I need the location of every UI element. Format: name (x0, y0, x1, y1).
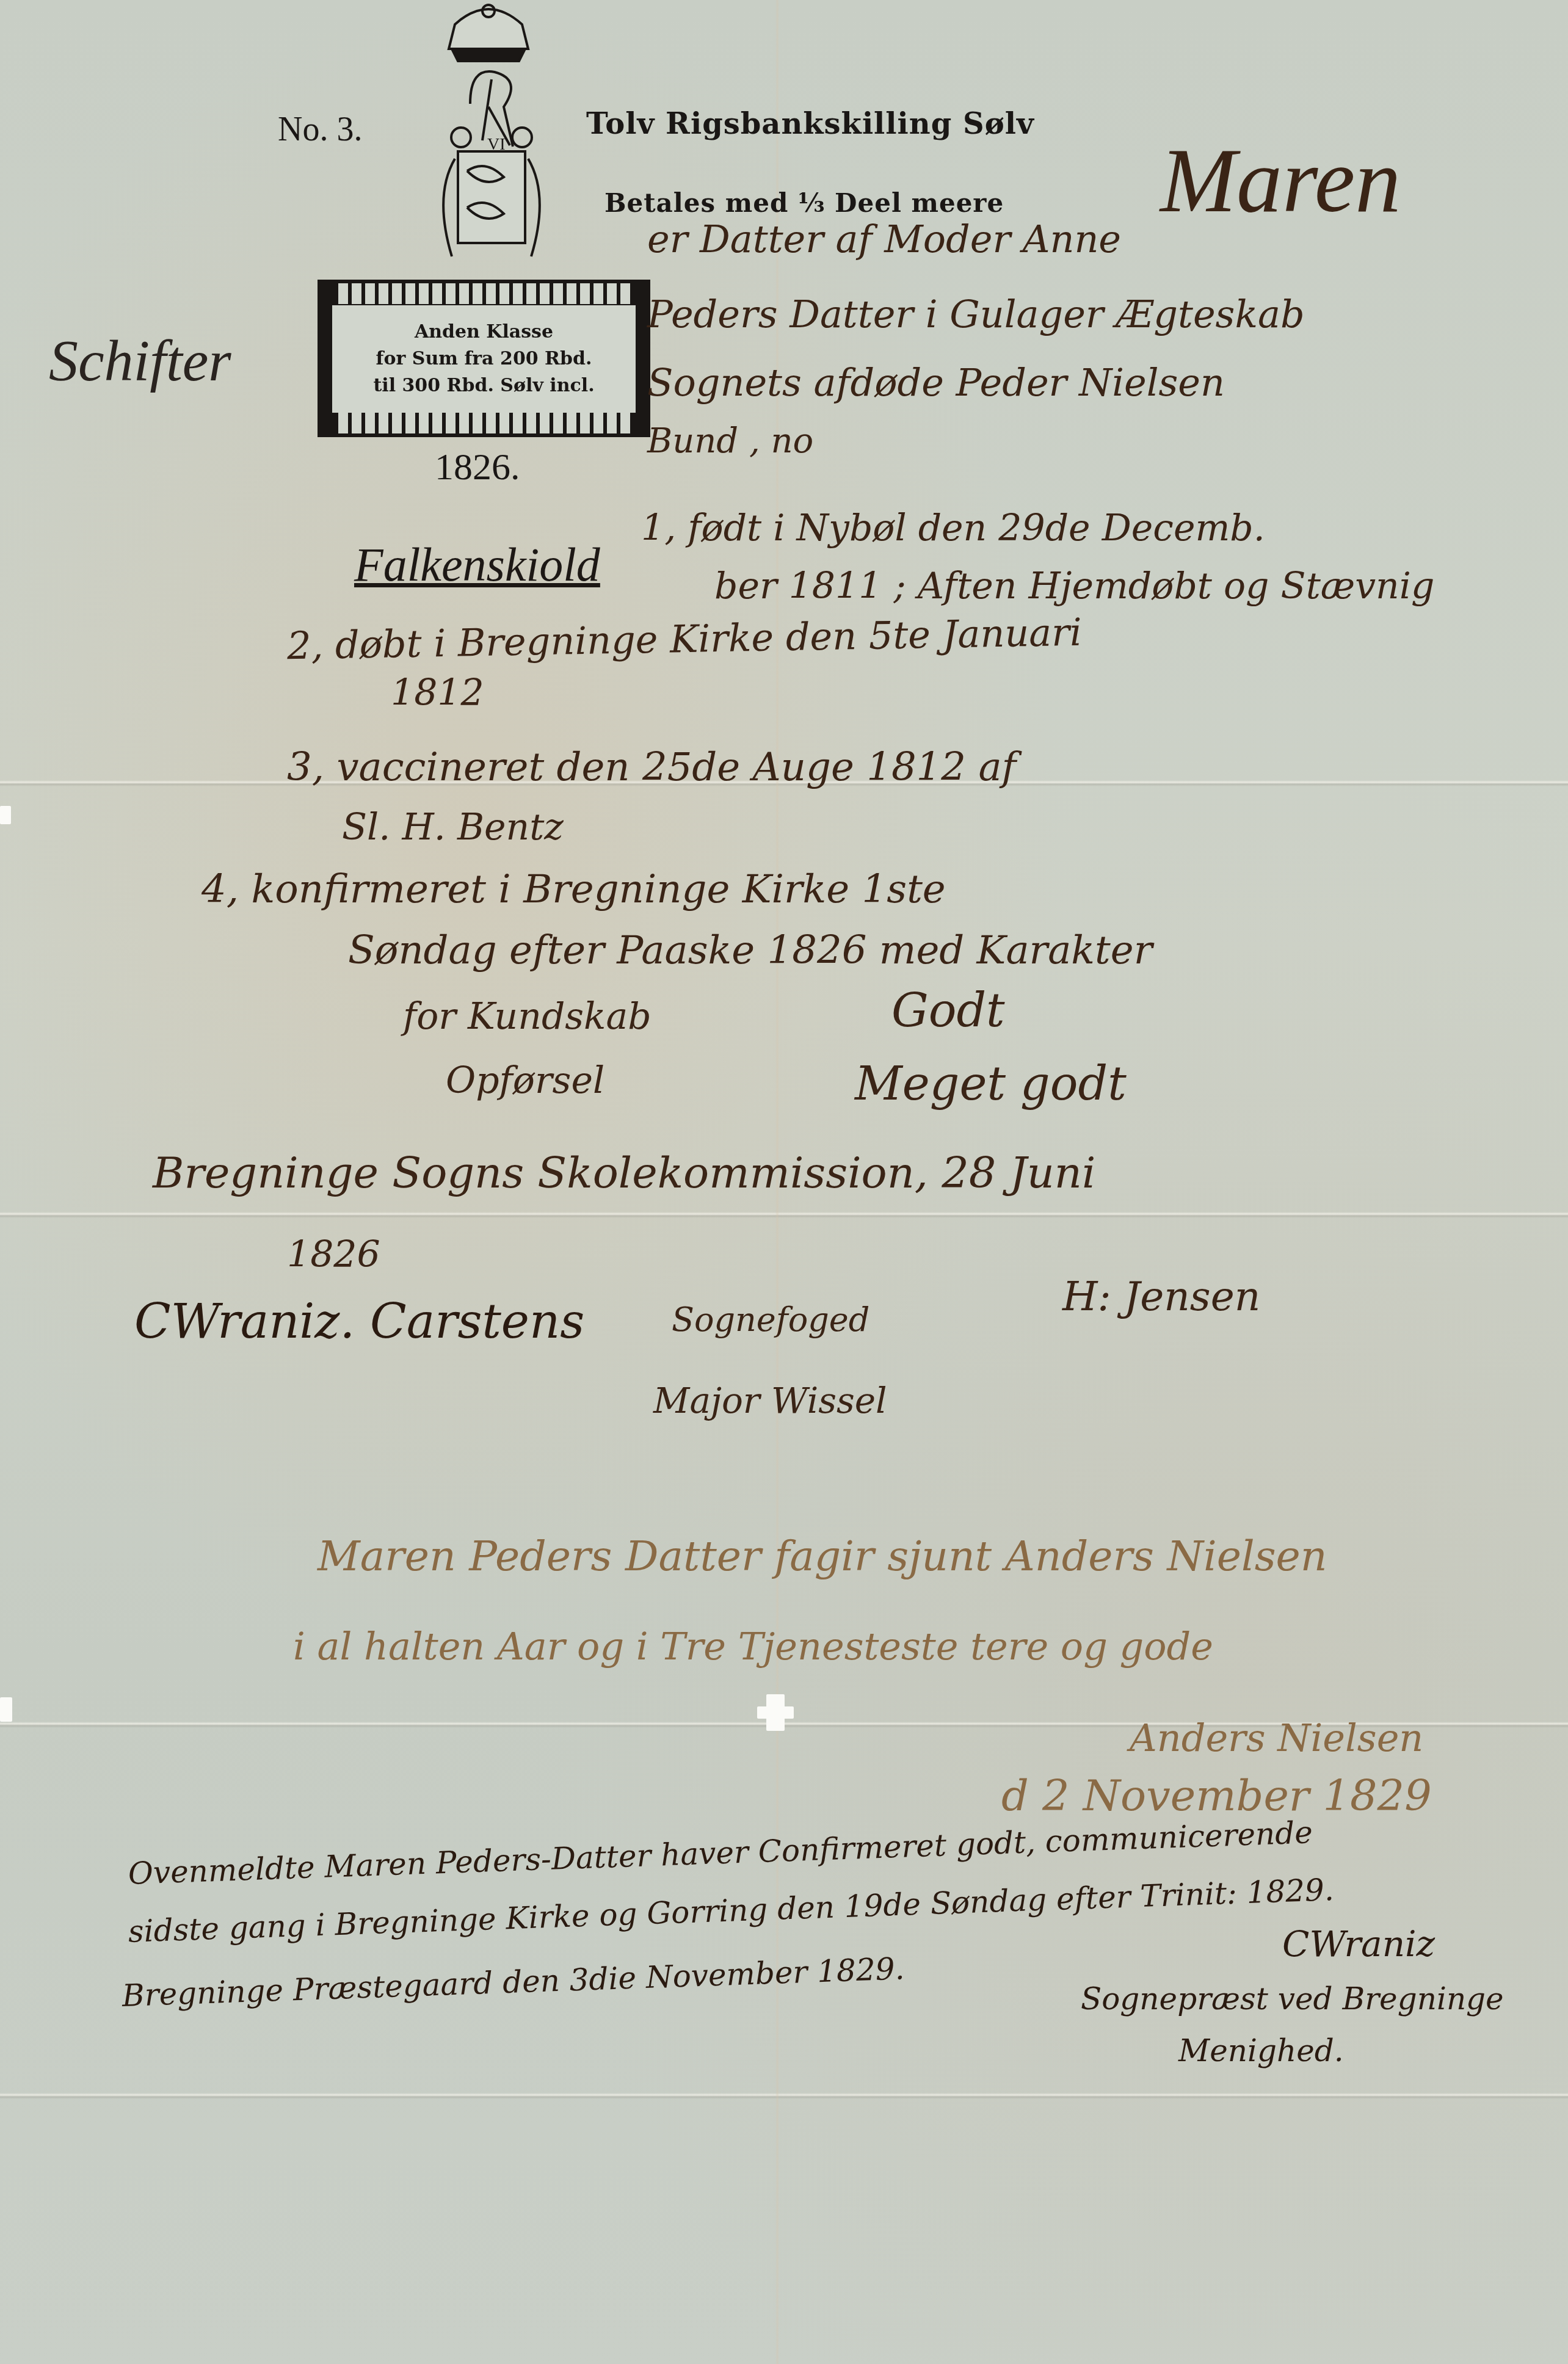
final-title: Sognepræst ved Bregninge (1081, 1981, 1504, 2017)
fold-line (0, 1212, 1568, 1218)
final-signature: CWraniz (1282, 1923, 1435, 1965)
birth-line: ber 1811 ; Aften Hjemdøbt og Stævnig (714, 565, 1434, 607)
baptism-year: 1812 (391, 672, 484, 714)
stamp-title: Tolv Rigsbankskilling Sølv (586, 107, 1034, 141)
conduct-label: Opførsel (446, 1059, 604, 1102)
paper-tear (0, 806, 11, 824)
falkenskiold-signature: Falkenskiold (354, 537, 600, 592)
stamp-class-box: Anden Klasse for Sum fra 200 Rbd. til 30… (318, 280, 650, 437)
commission-year: 1826 (287, 1233, 380, 1276)
stamp-box-line: til 300 Rbd. Sølv incl. (373, 372, 594, 399)
name-heading: Maren (1160, 128, 1401, 233)
text-line: Sognets afdøde Peder Nielsen (647, 360, 1225, 405)
text-line: er Datter af Moder Anne (647, 217, 1121, 261)
knowledge-label: for Kundskab (403, 995, 652, 1038)
commission-line: Bregninge Sogns Skolekommission, 28 Juni (153, 1148, 1095, 1198)
confirmation-line: 4, konfirmeret i Bregninge Kirke 1ste (201, 867, 946, 912)
stamp-border-ornament (335, 413, 633, 433)
signature: Sognefoged (672, 1300, 869, 1339)
fold-line (0, 2093, 1568, 2099)
royal-crest-icon: VI (397, 0, 580, 278)
stamp-number: No. 3. (278, 110, 362, 149)
stamp-box-line: Anden Klasse (415, 319, 553, 346)
signature: CWraniz. Carstens (134, 1294, 584, 1349)
knowledge-grade: Godt (891, 983, 1005, 1037)
stamp-border-ornament (335, 283, 633, 304)
signature: Major Wissel (653, 1380, 887, 1421)
stamp-subtitle: Betales med ⅓ Deel meere (604, 188, 1004, 218)
note-line: i al halten Aar og i Tre Tjenesteste ter… (293, 1624, 1213, 1669)
conduct-grade: Meget godt (855, 1056, 1127, 1111)
note-date: d 2 November 1829 (1001, 1771, 1432, 1821)
note-signature: Anders Nielsen (1130, 1716, 1423, 1760)
paper-tear (757, 1706, 794, 1719)
stamp-box-line: for Sum fra 200 Rbd. (376, 346, 592, 372)
svg-text:VI: VI (487, 135, 506, 154)
birth-line: 1, født i Nybøl den 29de Decemb. (641, 507, 1265, 549)
stamp-year: 1826. (435, 446, 520, 489)
vaccination-line: 3, vaccineret den 25de Auge 1812 af (287, 745, 1016, 790)
text-line: Peders Datter i Gulager Ægteskab (647, 292, 1305, 336)
final-title: Menighed. (1178, 2033, 1344, 2068)
signature: H: Jensen (1062, 1273, 1260, 1320)
vaccinator-name: Sl. H. Bentz (342, 806, 564, 849)
schifter-signature: Schifter (49, 327, 231, 394)
paper-tear (0, 1697, 12, 1722)
text-line: Bund , no (647, 421, 813, 461)
confirmation-line: Søndag efter Paaske 1826 med Karakter (348, 928, 1152, 973)
note-line: Maren Peders Datter fagir sjunt Anders N… (318, 1532, 1327, 1581)
